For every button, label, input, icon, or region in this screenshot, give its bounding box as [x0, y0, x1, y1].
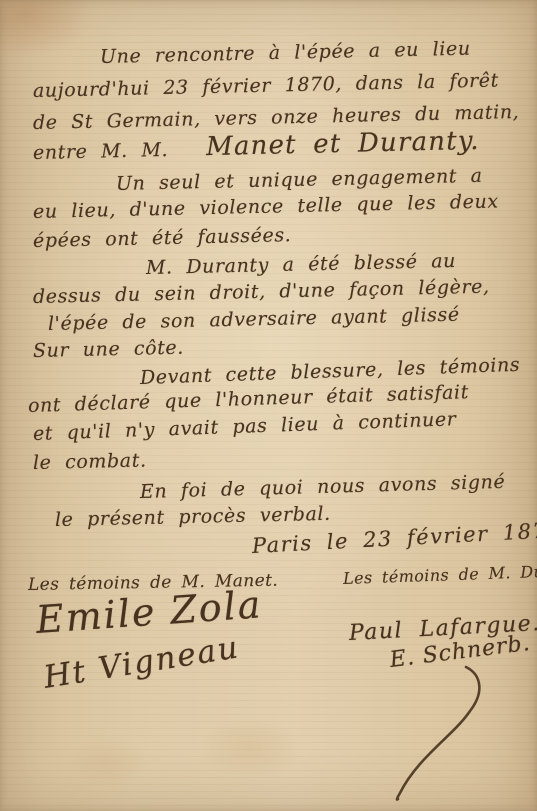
witnesses-duranty-label: Les témoins de M. Duranty [343, 560, 537, 588]
manuscript-line: l'épée de son adversaire ayant glissé [48, 304, 460, 335]
manuscript-line: Une rencontre à l'épée a eu lieu [100, 38, 471, 68]
manuscript-line: dessus du sein droit, d'une façon légère… [33, 276, 490, 308]
manuscript-line: le présent procès verbal. [55, 503, 331, 531]
manuscript-line: épées ont été faussées. [33, 224, 292, 252]
manuscript-line: eu lieu, d'une violence telle que les de… [33, 190, 499, 223]
manuscript-line: M. Duranty a été blessé au [146, 250, 456, 279]
manuscript-line: Sur une côte. [33, 337, 184, 362]
manuscript-line-prefix: entre M. M. [33, 139, 169, 164]
manuscript-line: aujourd'hui 23 février 1870, dans la for… [33, 69, 499, 102]
manuscript-page: Une rencontre à l'épée a eu lieu aujourd… [0, 0, 537, 811]
manuscript-line: En foi de quoi nous avons signé [140, 471, 506, 503]
manuscript-line: le combat. [33, 449, 147, 474]
signature-flourish [370, 655, 490, 805]
manuscript-line: Un seul et unique engagement a [116, 165, 483, 195]
duelist-names: Manet et Duranty. [206, 126, 480, 162]
